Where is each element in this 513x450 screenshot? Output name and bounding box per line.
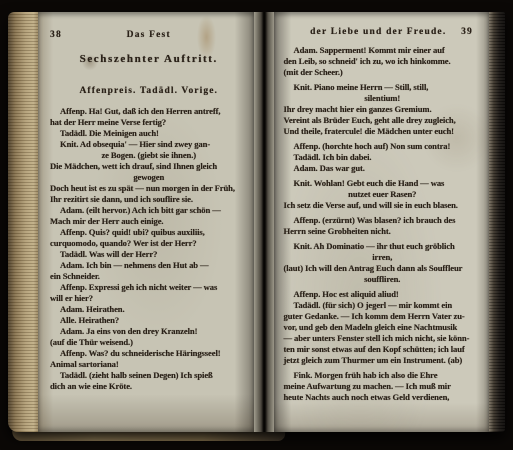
text-line: (mit der Scheer.) bbox=[284, 67, 482, 78]
text-line: heute Nachts auch noch etwas Geld verdie… bbox=[284, 392, 482, 403]
text-line: Knit. Ah Dominatio — ihr thut euch gröbl… bbox=[284, 241, 482, 252]
text-line: Tadädl. Was will der Herr? bbox=[50, 249, 248, 260]
text-line: Knit. Piano meine Herrn — Still, still, bbox=[284, 82, 482, 93]
text-line: will er hier? bbox=[50, 293, 248, 304]
text-line: jetzt gleich zum Thurmer um ein Instrume… bbox=[284, 355, 482, 366]
left-page: 38 Das Fest Sechszehnter Auftritt. Affen… bbox=[38, 12, 254, 432]
text-line: Animal sartoriana! bbox=[50, 359, 248, 370]
text-line: Adam. Sapperment! Kommt mir einer auf bbox=[284, 45, 482, 56]
text-line: Affenp. (horchte hoch auf) Non sum contr… bbox=[284, 141, 482, 152]
text-line: gewogen bbox=[50, 172, 248, 183]
text-line: Ich setz die Verse auf, und will sie in … bbox=[284, 200, 482, 211]
text-line: (laut) Ich will den Antrag Euch dann als… bbox=[284, 263, 482, 274]
text-line: ze Bogen. (giebt sie ihnen.) bbox=[50, 150, 248, 161]
text-line: Affenp. Was? du schneiderische Häringsse… bbox=[50, 348, 248, 359]
text-line: Vereint als Brüder Euch, geht alle drey … bbox=[284, 115, 482, 126]
text-line: Herrn seine Grobheiten nicht. bbox=[284, 226, 482, 237]
book-gutter bbox=[254, 12, 274, 432]
text-line: Affenp. Quis? quid! ubi? quibus auxiliis… bbox=[50, 227, 248, 238]
scene-heading: Sechszehnter Auftritt. bbox=[50, 53, 248, 65]
text-line: — aber unters Fenster stell ich mich nic… bbox=[284, 333, 482, 344]
text-line: Affenp. Ha! Gut, daß ich den Herren antr… bbox=[50, 106, 248, 117]
text-line: Tadädl. Ich bin dabei. bbox=[284, 152, 482, 163]
left-page-header: 38 Das Fest bbox=[50, 30, 248, 40]
text-line: vor, und geb den Madeln gleich eine Nach… bbox=[284, 322, 482, 333]
running-header-right: der Liebe und der Freude. bbox=[306, 27, 452, 37]
text-line: Adam. Ja eins von den drey Kranzeln! bbox=[50, 326, 248, 337]
text-line: Mach mir der Herr auch einige. bbox=[50, 216, 248, 227]
text-line: curquomodo, quando? Wer ist der Herr? bbox=[50, 238, 248, 249]
text-line: Adam. Heirathen. bbox=[50, 304, 248, 315]
text-line: Ihr drey macht hier ein ganzes Gremium. bbox=[284, 104, 482, 115]
right-page: der Liebe und der Freude. 39 Adam. Sappe… bbox=[274, 12, 490, 432]
text-line: Und theile, fratercule! die Mädchen unte… bbox=[284, 126, 482, 137]
text-line: meine Aufwartung zu machen. — Ich muß mi… bbox=[284, 381, 482, 392]
page-number-right: 39 bbox=[451, 27, 481, 37]
text-line: Alle. Heirathen? bbox=[50, 315, 248, 326]
text-line: Affenp. Hoc est aliquid aliud! bbox=[284, 289, 482, 300]
text-line: dich an wie eine Kröte. bbox=[50, 381, 248, 392]
text-line: den Leib, so schneid' ich zu, wo ich hin… bbox=[284, 56, 482, 67]
closed-pages-right-edge bbox=[489, 12, 505, 432]
text-line: Tadädl. (für sich) O jegerl — mir kommt … bbox=[284, 300, 482, 311]
text-line: Die Mädchen, wett ich drauf, sind Ihnen … bbox=[50, 161, 248, 172]
text-line: nutzet euer Rasen? bbox=[284, 189, 482, 200]
text-line: (auf die Thür weisend.) bbox=[50, 337, 248, 348]
text-line: Ihr rezitirt sie dann, und ich souflire … bbox=[50, 194, 248, 205]
text-line: Affenp. Expressi geh ich nicht weiter — … bbox=[50, 282, 248, 293]
text-line: guter Gedanke. — Ich komm dem Herrn Vate… bbox=[284, 311, 482, 322]
right-page-header: der Liebe und der Freude. 39 bbox=[284, 27, 482, 37]
text-line: ten mir sonst etwas auf den Kopf schütte… bbox=[284, 344, 482, 355]
text-line: Adam. (eilt hervor.) Ach ich bitt gar sc… bbox=[50, 205, 248, 216]
open-book: 38 Das Fest Sechszehnter Auftritt. Affen… bbox=[8, 12, 505, 432]
bottom-page-stack-edge bbox=[12, 431, 286, 441]
text-line: silentium! bbox=[284, 93, 482, 104]
text-line: Affenp. (erzürnt) Was blasen? ich brauch… bbox=[284, 215, 482, 226]
text-line: Adam. Das war gut. bbox=[284, 163, 482, 174]
text-line: Knit. Wohlan! Gebt euch die Hand — was bbox=[284, 178, 482, 189]
text-line: Adam. Ich bin — nehmens den Hut ab — bbox=[50, 260, 248, 271]
text-line: hat der Herr meine Verse fertig? bbox=[50, 117, 248, 128]
page-number-left: 38 bbox=[50, 30, 72, 40]
text-line: Knit. Ad obsequia' — Hier sind zwey gan- bbox=[50, 139, 248, 150]
running-header-left: Das Fest bbox=[72, 30, 226, 40]
text-line: irren, bbox=[284, 252, 482, 263]
cast-line: Affenpreis. Tadädl. Vorige. bbox=[50, 86, 248, 96]
right-page-body: Adam. Sapperment! Kommt mir einer aufden… bbox=[284, 45, 482, 403]
fore-edge-page-stack bbox=[8, 12, 38, 432]
text-line: souffliren. bbox=[284, 274, 482, 285]
text-line: Fink. Morgen früh hab ich also die Ehre bbox=[284, 370, 482, 381]
text-line: Doch heut ist es zu spät — nun morgen in… bbox=[50, 183, 248, 194]
left-page-body: Affenp. Ha! Gut, daß ich den Herren antr… bbox=[50, 106, 248, 392]
text-line: Tadädl. Die Meinigen auch! bbox=[50, 128, 248, 139]
text-line: Tadädl. (zieht halb seinen Degen) Ich sp… bbox=[50, 370, 248, 381]
text-line: ein Schneider. bbox=[50, 271, 248, 282]
